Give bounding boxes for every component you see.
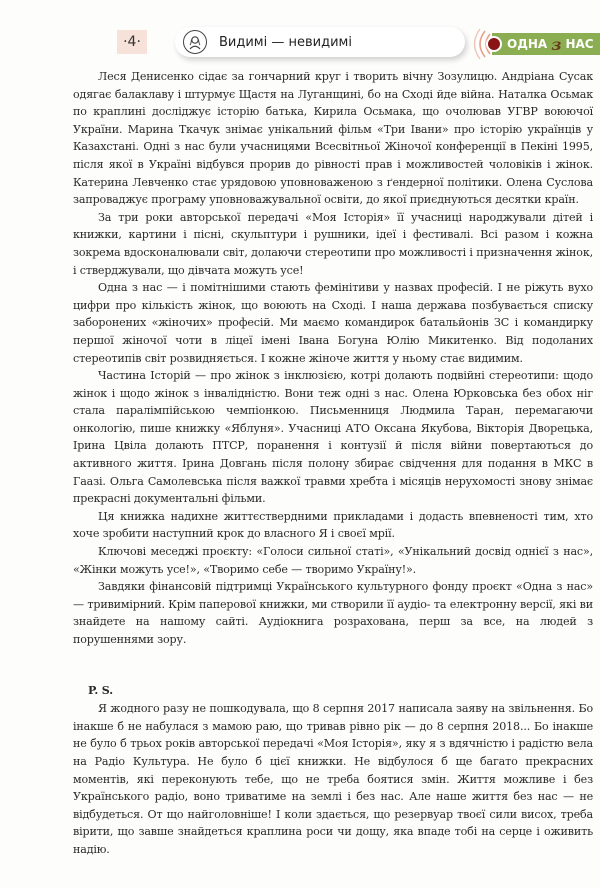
logo-word-1: ОДНА <box>507 37 547 51</box>
logo-connector: з <box>551 35 561 54</box>
section-title: Видимі — невидимі <box>219 35 352 50</box>
ps-paragraph: Я жодного разу не пошкодувала, що 8 серп… <box>73 700 593 858</box>
paragraph: Ця книжка надихне життєствердними прикла… <box>73 508 593 543</box>
record-dot-icon <box>486 36 502 52</box>
page-number: ·4· <box>117 30 147 54</box>
section-title-pill: Видимі — невидимі <box>175 27 465 57</box>
logo-bar: ОДНА з НАС <box>492 33 600 55</box>
paragraph: Завдяки фінансовій підтримці Українськог… <box>73 578 593 648</box>
logo-word-2: НАС <box>565 37 593 51</box>
paragraph: Леся Денисенко сідає за гончарний круг і… <box>73 68 593 209</box>
paragraph: Одна з нас — і помітнішими стають феміні… <box>73 279 593 367</box>
paragraph: Ключові меседжі проєкту: «Голоси сильної… <box>73 543 593 578</box>
page-body: Леся Денисенко сідає за гончарний круг і… <box>73 68 593 859</box>
page-header: ·4· Видимі — невидимі ОДНА з НАС <box>0 26 600 66</box>
ps-heading: P. S. <box>73 682 593 700</box>
woman-portrait-icon <box>183 30 207 54</box>
odna-z-nas-logo: ОДНА з НАС <box>470 28 600 58</box>
paragraph: Частина Історій — про жінок з інклюзією,… <box>73 367 593 508</box>
paragraph: За три роки авторської передачі «Моя Іст… <box>73 209 593 279</box>
